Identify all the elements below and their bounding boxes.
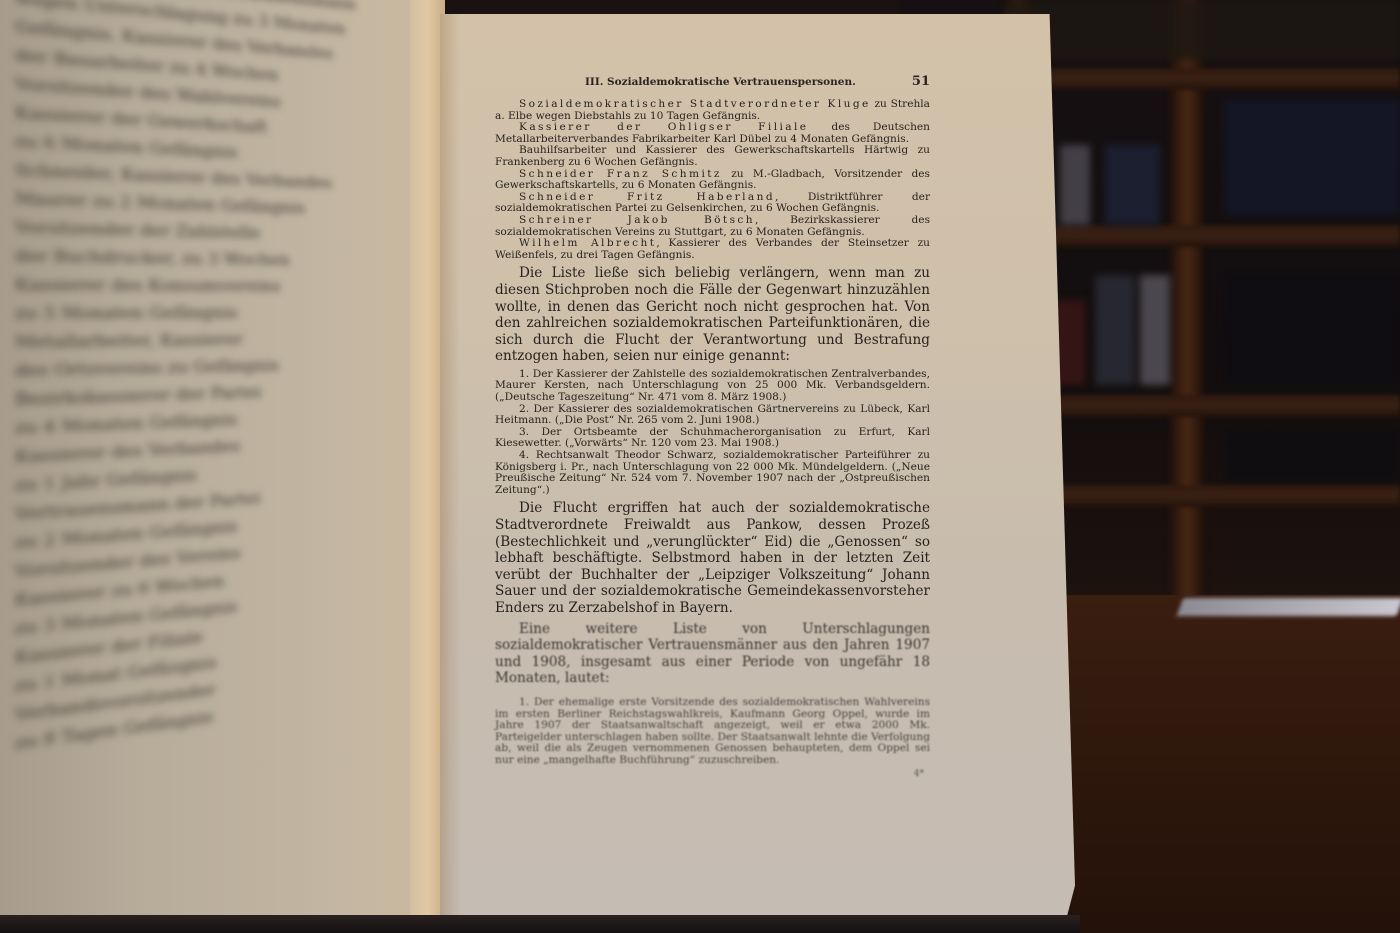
book-spines	[1005, 0, 1400, 60]
paper-on-table	[1177, 598, 1400, 616]
list-item: 4. Rechtsanwalt Theodor Schwarz, soziald…	[495, 450, 930, 496]
list-item: Kassierer der Ohligser Filiale des Deuts…	[495, 122, 930, 145]
page-gutter-shadow	[440, 14, 460, 922]
right-page-content: III. Sozialdemokratische Vertrauensperso…	[495, 74, 930, 779]
book-bottom-edge	[0, 915, 1080, 933]
fugitive-list: 1. Der Kassierer der Zahlstelle des sozi…	[495, 369, 930, 497]
chapter-title: III. Sozialdemokratische Vertrauensperso…	[585, 76, 856, 88]
blurred-line: Kassierer des Konsumvereins	[15, 271, 430, 300]
list-item: 3. Der Ortsbeamte der Schuhmacherorganis…	[495, 427, 930, 450]
book-spine	[1060, 145, 1090, 225]
list-item: 1. Der Kassierer der Zahlstelle des sozi…	[495, 369, 930, 404]
shelf-plank	[1000, 225, 1400, 247]
left-page-text-blurred: Sozialdemokratischer Vertrauensmannwegen…	[15, 0, 430, 781]
book-spine	[1105, 145, 1160, 225]
list-item: Wilhelm Albrecht, Kassierer des Verbande…	[495, 238, 930, 261]
paragraph: Die Liste ließe sich beliebig verlängern…	[495, 265, 930, 365]
left-page: Sozialdemokratischer Vertrauensmannwegen…	[0, 0, 430, 920]
conviction-list: Sozialdemokratischer Stadtverordneter Kl…	[495, 99, 930, 261]
paragraph: Die Flucht ergriffen hat auch der sozial…	[495, 500, 930, 616]
book-spines	[1225, 100, 1400, 215]
list-item: 1. Der ehemalige erste Vorsitzende des s…	[495, 697, 930, 767]
shelf-post	[1170, 0, 1204, 600]
list-item: 2. Der Kassierer des sozialdemokratische…	[495, 404, 930, 427]
book-spines	[1225, 275, 1400, 385]
list-item: Schneider Fritz Haberland, Distriktführe…	[495, 192, 930, 215]
list-item: Sozialdemokratischer Stadtverordneter Kl…	[495, 99, 930, 122]
shelf-plank	[1000, 68, 1400, 90]
running-head: III. Sozialdemokratische Vertrauensperso…	[495, 74, 930, 89]
paragraph: Eine weitere Liste von Unterschlagungen …	[495, 621, 930, 687]
book-spines	[1225, 430, 1400, 480]
blurred-line: zu 5 Monaten Gefängnis	[15, 300, 430, 329]
signature-mark: 4*	[495, 769, 930, 779]
list-item: Schneider Franz Schmitz zu M.-Gladbach, …	[495, 169, 930, 192]
list-item: Bauhilfsarbeiter und Kassierer des Gewer…	[495, 145, 930, 168]
book-spine	[1140, 275, 1170, 385]
wooden-table	[1040, 595, 1400, 933]
list-item: Schreiner Jakob Bötsch, Bezirkskassierer…	[495, 215, 930, 238]
photo-scene: Sozialdemokratischer Vertrauensmannwegen…	[0, 0, 1400, 933]
page-number: 51	[912, 74, 930, 89]
embezzlement-list: 1. Der ehemalige erste Vorsitzende des s…	[495, 697, 930, 767]
book-spine	[1095, 275, 1135, 385]
